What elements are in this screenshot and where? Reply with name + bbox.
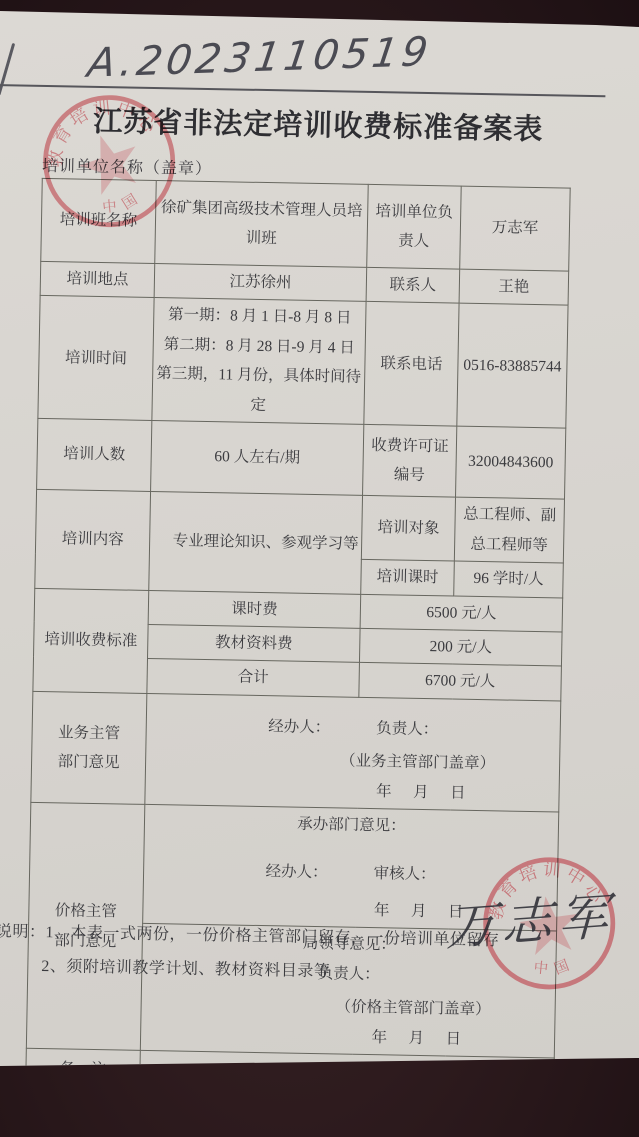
fee-standard-label-cell: 培训收费标准: [33, 588, 149, 693]
price-auditor-label: 审核人：: [373, 865, 435, 883]
table-row: 业务主管 部门意见 经办人：负责人： （业务主管部门盖章） 年 月 日: [31, 691, 561, 812]
unit-head-label-cell: 培训单位负责人: [367, 184, 462, 269]
phone-value-cell: 0516-83885744: [457, 304, 568, 429]
fee-item-name-cell: 课时费: [148, 590, 361, 628]
permit-label-cell: 收费许可证编号: [363, 425, 457, 498]
handwritten-signature: 万志军: [445, 876, 615, 960]
fee-item-value-cell: 6700 元/人: [359, 663, 562, 701]
biz-operator-label: 经办人：: [268, 718, 330, 736]
handwritten-tick-mark: [0, 43, 15, 96]
footnote-prefix: 说明：: [0, 923, 46, 941]
biz-manager-label: 负责人：: [376, 720, 438, 738]
time-label-cell: 培训时间: [38, 296, 154, 421]
content-label-cell: 培训内容: [35, 490, 151, 590]
biz-operator-line: 经办人：负责人：: [149, 710, 558, 747]
table-row: 培训人数 60 人左右/期 收费许可证编号 32004843600: [37, 419, 566, 500]
audience-label-cell: 培训对象: [361, 496, 455, 562]
fee-item-name-cell: 教材资料费: [147, 624, 360, 662]
undertake-label: 承办部门意见：: [147, 807, 556, 844]
contact-label-cell: 联系人: [366, 267, 460, 303]
contact-value-cell: 王艳: [459, 269, 569, 305]
biz-dept-opinion-cell: 经办人：负责人： （业务主管部门盖章） 年 月 日: [145, 693, 561, 812]
spacer: [330, 732, 376, 733]
spacer: [328, 877, 374, 878]
headcount-label-cell: 培训人数: [37, 419, 152, 492]
remark-value-cell: [140, 1051, 555, 1100]
hours-label-cell: 培训课时: [361, 559, 455, 595]
table-row: 备 注: [26, 1048, 555, 1099]
biz-dept-opinion-label-cell: 业务主管 部门意见: [31, 691, 147, 804]
remark-label-cell: 备 注: [26, 1048, 141, 1091]
table-row: 培训内容 专业理论知识、参观学习等 培训对象 总工程师、副总工程师等: [35, 490, 564, 564]
svg-text:中国: 中国: [531, 953, 581, 981]
unit-head-value-cell: 万志军: [460, 186, 571, 271]
headcount-value-cell: 60 人左右/期: [151, 421, 364, 496]
hours-value-cell: 96 学时/人: [454, 561, 564, 597]
permit-value-cell: 32004843600: [456, 426, 566, 499]
paper-sheet: A.2023110519 江苏省非法定培训收费标准备案表 培训单位名称（盖章） …: [0, 0, 639, 1070]
table-row: 培训时间 第一期：8 月 1 日-8 月 8 日 第二期：8 月 28 日-9 …: [38, 296, 568, 428]
price-operator-label: 经办人：: [265, 863, 327, 881]
page-content: A.2023110519 江苏省非法定培训收费标准备案表 培训单位名称（盖章） …: [0, 0, 639, 1137]
phone-label-cell: 联系电话: [364, 302, 459, 426]
price-date-line-2: 年 月 日: [143, 1019, 552, 1056]
photo-of-form: { "colors": {"stamp_red": "#c4666c", "pa…: [0, 0, 639, 1137]
fee-item-name-cell: 合计: [147, 659, 360, 697]
content-value-cell: 专业理论知识、参观学习等: [149, 492, 363, 594]
audience-value-cell: 总工程师、副总工程师等: [454, 497, 564, 563]
location-label-cell: 培训地点: [40, 261, 155, 298]
fee-item-value-cell: 6500 元/人: [360, 594, 563, 632]
biz-date-line: 年 月 日: [147, 773, 556, 810]
stamp-bottom-text: 中国: [531, 953, 581, 981]
time-value-cell: 第一期：8 月 1 日-8 月 8 日 第二期：8 月 28 日-9 月 4 日…: [152, 298, 366, 425]
fee-item-value-cell: 200 元/人: [359, 628, 562, 666]
stamp-star-icon: [72, 126, 146, 199]
location-value-cell: 江苏徐州: [154, 264, 367, 302]
